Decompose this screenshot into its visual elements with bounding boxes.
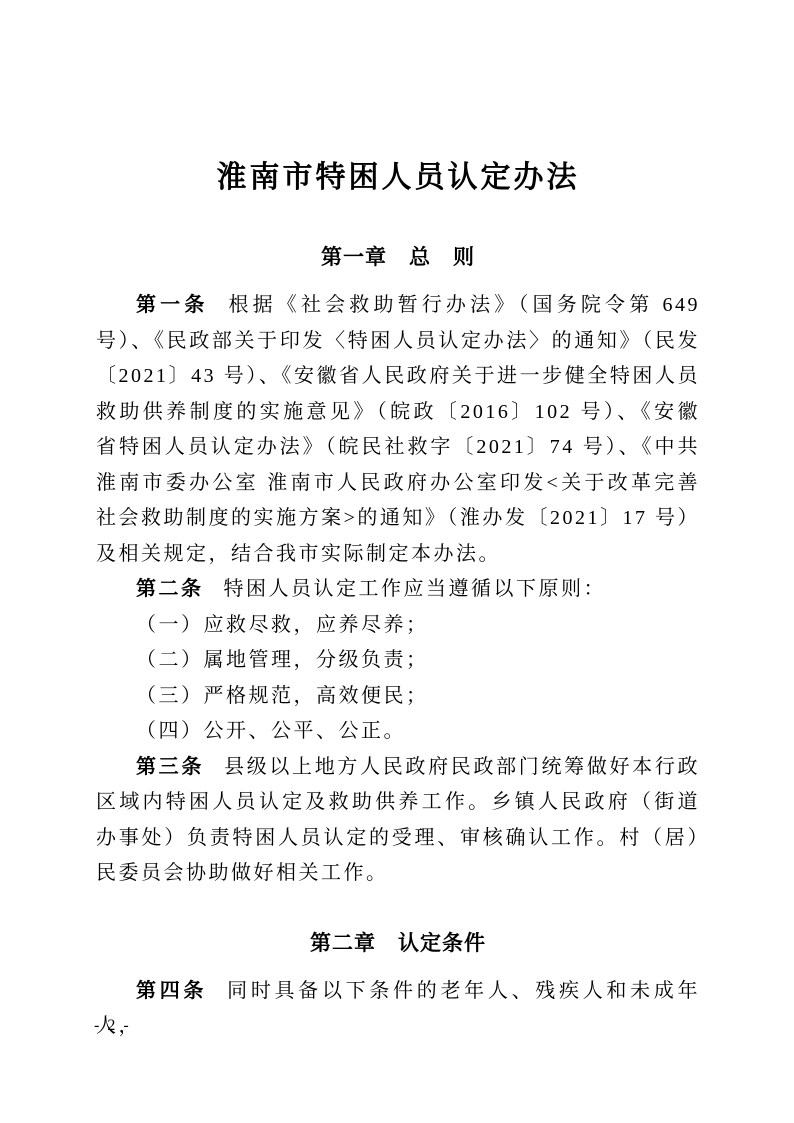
paragraph: 第二条特困人员认定工作应当遵循以下原则： [96,572,700,608]
chapter-1-heading: 第一章 总 则 [96,246,700,270]
paragraph: （三）严格规范，高效便民； [96,679,700,715]
paragraph: （一）应救尽救，应养尽养； [96,608,700,644]
paragraph: 第四条同时具备以下条件的老年人、残疾人和未成年人， [96,974,700,1045]
paragraph: （二）属地管理，分级负责； [96,643,700,679]
paragraph: 第一条根据《社会救助暂行办法》（国务院令第 649 号）、《民政部关于印发〈特困… [96,288,700,572]
article-number: 第四条 [136,980,207,1002]
chapter-2-body: 第四条同时具备以下条件的老年人、残疾人和未成年人， [96,974,700,1045]
paragraph: （四）公开、公平、公正。 [96,714,700,750]
page-number: - 2 - [94,1014,131,1038]
article-number: 第三条 [136,756,204,778]
document-page: 淮南市特困人员认定办法 第一章 总 则 第一条根据《社会救助暂行办法》（国务院令… [0,0,794,1123]
chapter-1-body: 第一条根据《社会救助暂行办法》（国务院令第 649 号）、《民政部关于印发〈特困… [96,288,700,892]
article-number: 第二条 [136,578,204,600]
document-title: 淮南市特困人员认定办法 [96,162,700,194]
article-number: 第一条 [136,294,208,316]
chapter-2-heading: 第二章 认定条件 [96,932,700,956]
paragraph: 第三条县级以上地方人民政府民政部门统筹做好本行政区域内特困人员认定及救助供养工作… [96,750,700,892]
